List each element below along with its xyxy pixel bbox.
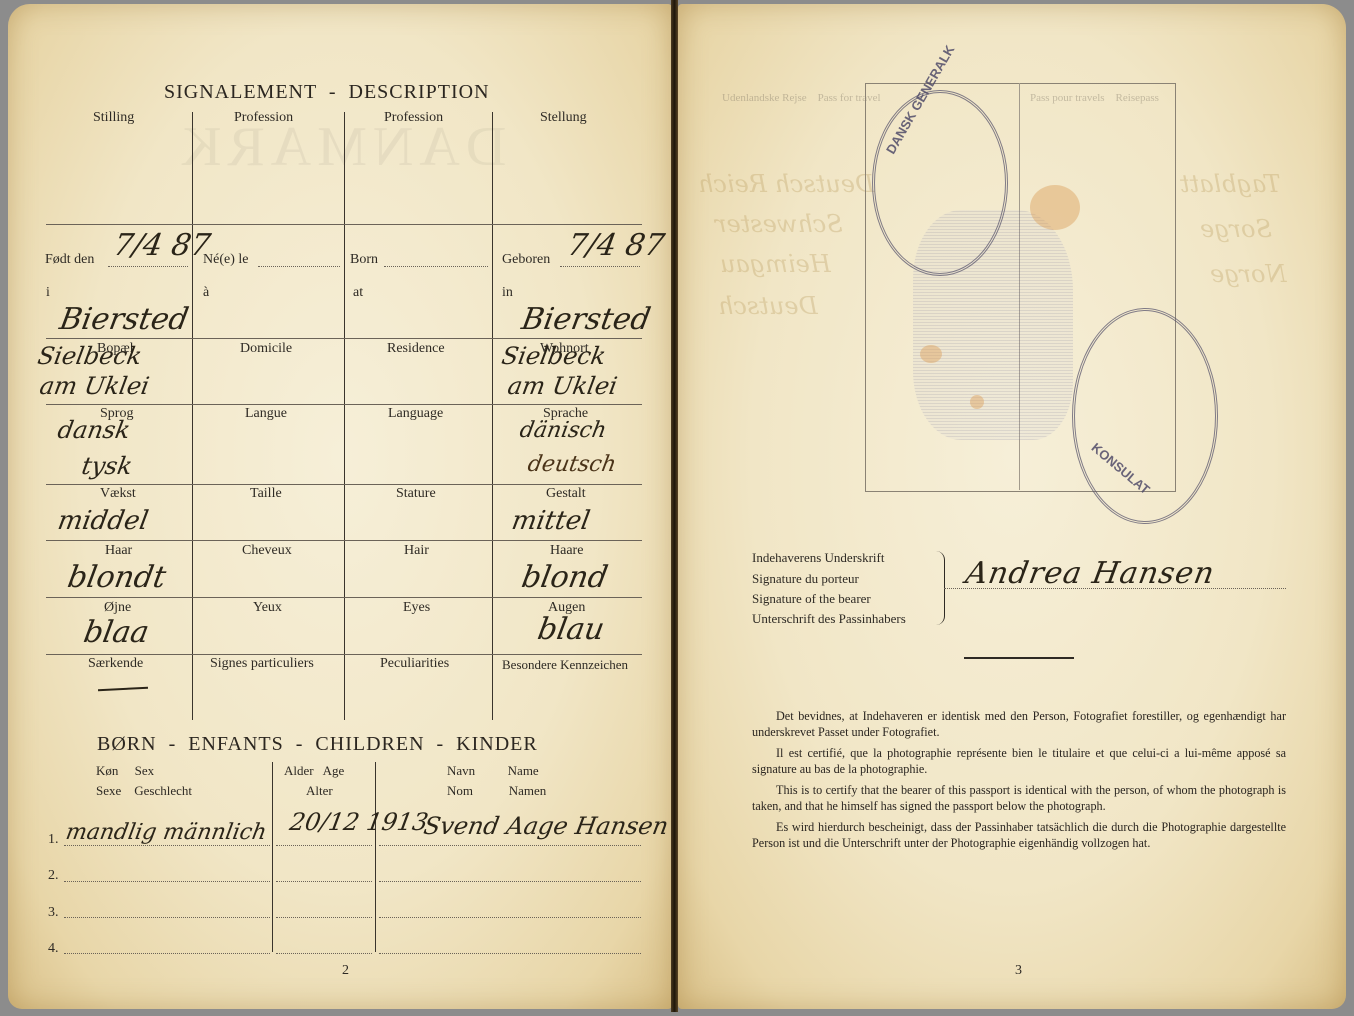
show-through-handwriting: Sorge (1200, 215, 1272, 243)
children-divider (272, 762, 273, 952)
handwritten-residence-de-2: am Uklei (506, 372, 620, 400)
children-col-name-2: Nom Namen (447, 783, 546, 799)
handwritten-eyes-de: blau (535, 612, 607, 647)
handwritten-hair-da: blondt (65, 560, 169, 595)
signature-label-fr: Signature du porteur (752, 571, 859, 587)
label-geboren: Geboren (502, 252, 550, 268)
table-divider (192, 112, 193, 720)
dotted-line (64, 845, 270, 846)
handwritten-birthplace-da: Biersted (57, 302, 191, 337)
label-yeux: Yeux (253, 600, 282, 616)
label-hair: Hair (404, 543, 429, 559)
label-ojne: Øjne (104, 600, 131, 616)
page-number-left: 2 (342, 963, 349, 979)
handwritten-birthdate-de: 7/4 87 (565, 228, 667, 263)
stain (970, 395, 984, 409)
child-1-age: 20/12 1913 (288, 808, 431, 836)
bearer-signature: Andrea Hansen (963, 556, 1218, 591)
separator-rule (964, 657, 1074, 659)
handwritten-language-de-2: deutsch (526, 452, 618, 477)
label-gestalt: Gestalt (546, 486, 586, 502)
handwritten-language-de-1: dänisch (518, 418, 609, 443)
dotted-line (560, 266, 640, 267)
dotted-line (64, 953, 270, 954)
show-through-handwriting: Heimgau (720, 250, 831, 278)
child-row-number: 1. (48, 832, 59, 848)
label-haar: Haar (105, 543, 132, 559)
table-divider (344, 112, 345, 720)
watermark: DANMARK (175, 115, 506, 179)
label-i: i (46, 285, 50, 301)
signature-label-en: Signature of the bearer (752, 591, 871, 607)
stain (920, 345, 942, 363)
show-through-handwriting: Tagblatt (1180, 170, 1280, 198)
children-title: BØRN - ENFANTS - CHILDREN - KINDER (97, 733, 538, 756)
signature-label-de: Unterschrift des Passinhabers (752, 611, 906, 627)
dotted-line (379, 845, 641, 846)
row-divider (46, 484, 642, 485)
header-stilling: Stilling (93, 110, 134, 126)
label-a: à (203, 285, 209, 301)
label-peculiarities: Peculiarities (380, 656, 449, 672)
row-divider (46, 597, 642, 598)
child-row-number: 4. (48, 941, 59, 957)
handwritten-stature-da: middel (55, 506, 150, 536)
show-through-handwriting: Schwester (715, 210, 843, 238)
child-row-number: 2. (48, 868, 59, 884)
certification-da: Det bevidnes, at Indehaveren er identisk… (752, 708, 1286, 740)
label-taille: Taille (250, 486, 282, 502)
handwritten-birthdate-da: 7/4 87 (111, 228, 213, 263)
label-residence: Residence (387, 341, 445, 357)
show-through-handwriting: Deutsch Reich (698, 170, 874, 198)
children-col-age-2: Alter (306, 783, 333, 799)
children-col-sex-2: Sexe Geschlecht (96, 783, 192, 799)
label-langue: Langue (245, 406, 287, 422)
handwritten-birthplace-de: Biersted (519, 302, 653, 337)
header-profession-en: Profession (384, 110, 443, 126)
dotted-line (384, 266, 488, 267)
row-divider (46, 654, 642, 655)
label-vaekst: Vækst (100, 486, 136, 502)
show-through-handwriting: Deutsch (718, 292, 818, 320)
handwritten-hair-de: blond (519, 560, 611, 595)
certification-en: This is to certify that the bearer of th… (752, 782, 1286, 814)
row-divider (46, 404, 642, 405)
book-spine (671, 0, 678, 1012)
label-domicile: Domicile (240, 341, 292, 357)
dotted-line (379, 881, 641, 882)
stain (1030, 185, 1080, 230)
certification-de: Es wird hierdurch bescheinigt, dass der … (752, 819, 1286, 851)
label-besondere-kennzeichen: Besondere Kennzeichen (502, 657, 628, 673)
handwritten-residence-da-1: Sielbeck (36, 342, 144, 370)
consulate-stamp-top: DANSK GENERALK (872, 90, 1008, 276)
label-born: Born (350, 252, 378, 268)
dotted-line (276, 845, 372, 846)
stamp-text: KONSULAT (1089, 440, 1153, 497)
label-saerkende: Særkende (88, 656, 143, 672)
dotted-line (276, 917, 372, 918)
signature-label-da: Indehaverens Underskrift (752, 550, 884, 566)
label-in: in (502, 285, 513, 301)
child-row-number: 3. (48, 905, 59, 921)
label-at: at (353, 285, 363, 301)
dotted-line (379, 953, 641, 954)
page-number-right: 3 (1015, 963, 1022, 979)
certification-fr: Il est certifié, que la photographie rep… (752, 745, 1286, 777)
child-1-sex: mandlig männlich (64, 820, 269, 845)
header-profession-fr: Profession (234, 110, 293, 126)
show-through-handwriting: Norge (1210, 260, 1287, 288)
consulate-stamp-bottom: KONSULAT (1072, 308, 1218, 524)
certification-text: Det bevidnes, at Indehaveren er identisk… (752, 708, 1286, 856)
dotted-line (276, 881, 372, 882)
handwritten-residence-de-1: Sielbeck (500, 342, 608, 370)
handwritten-language-da-1: dansk (56, 416, 133, 444)
dotted-line (276, 953, 372, 954)
label-haare: Haare (550, 543, 583, 559)
label-stature: Stature (396, 486, 436, 502)
dotted-line (64, 917, 270, 918)
row-divider (46, 338, 642, 339)
row-divider (46, 540, 642, 541)
handwritten-eyes-da: blaa (81, 615, 152, 650)
show-through-text: Udenlandske Rejse Pass for travel (722, 92, 881, 104)
label-cheveux: Cheveux (242, 543, 292, 559)
dotted-line (379, 917, 641, 918)
header-stellung: Stellung (540, 110, 587, 126)
dotted-line (108, 266, 188, 267)
children-col-age-1: Alder Age (284, 763, 344, 779)
children-divider (375, 762, 376, 952)
dotted-line (64, 881, 270, 882)
table-divider (492, 112, 493, 720)
label-nee-le: Né(e) le (203, 252, 248, 268)
children-col-sex-1: Køn Sex (96, 763, 154, 779)
child-1-name: Svend Aage Hansen (422, 812, 671, 840)
label-language: Language (388, 406, 443, 422)
handwritten-language-da-2: tysk (80, 452, 135, 480)
handwritten-residence-da-2: am Uklei (38, 372, 152, 400)
row-divider (46, 224, 642, 225)
label-signes-particuliers: Signes particuliers (210, 656, 314, 672)
dotted-line (258, 266, 340, 267)
description-title: SIGNALEMENT - DESCRIPTION (164, 81, 490, 104)
label-eyes: Eyes (403, 600, 430, 616)
handwritten-stature-de: mittel (509, 506, 592, 536)
label-fodt-den: Født den (45, 252, 94, 268)
children-col-name-1: Navn Name (447, 763, 539, 779)
